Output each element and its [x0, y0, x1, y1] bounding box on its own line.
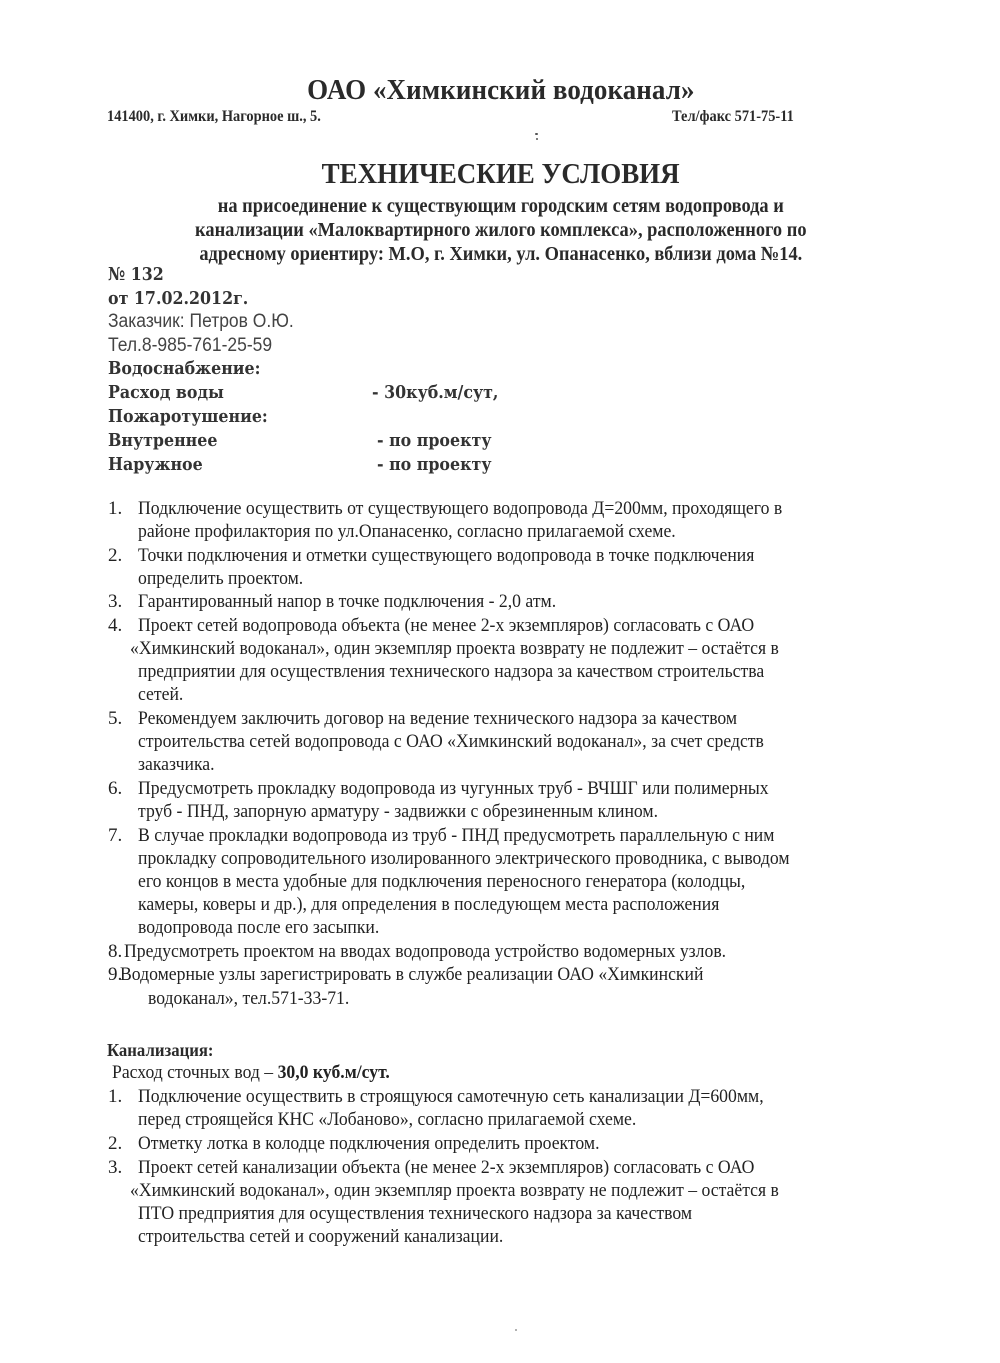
water-consumption-label: Расход воды: [108, 382, 224, 403]
water-consumption-value: - 30куб.м/сут,: [372, 382, 498, 403]
item-line: «Химкинский водоканал», один экземпляр п…: [130, 638, 779, 660]
scan-speck: [536, 138, 538, 140]
item-line: камеры, коверы и др.), для определения в…: [138, 894, 719, 916]
item-line: Предусмотреть проектом на вводах водопро…: [124, 941, 726, 963]
sewerage-heading: Канализация:: [107, 1040, 214, 1061]
internal-fire-label: Внутреннее: [108, 430, 217, 451]
item-line: прокладку сопроводительного изолированно…: [138, 848, 790, 870]
item-number: 1.: [108, 1086, 122, 1108]
document-number: № 132: [108, 264, 164, 285]
item-line: Точки подключения и отметки существующег…: [138, 545, 754, 567]
item-number: 5.: [108, 708, 122, 730]
item-line: ПТО предприятия для осуществления технич…: [138, 1203, 692, 1225]
item-line: водопровода после его засыпки.: [138, 917, 379, 939]
item-line: «Химкинский водоканал», один экземпляр п…: [130, 1180, 779, 1202]
item-line: перед строящейся КНС «Лобаново», согласн…: [138, 1109, 636, 1131]
external-fire-value: - по проекту: [377, 454, 491, 475]
item-line: Подключение осуществить от существующего…: [138, 498, 782, 520]
item-line: районе профилактория по ул.Опанасенко, с…: [138, 521, 676, 543]
item-line: предприятии для осуществления техническо…: [138, 661, 764, 683]
item-number: 3.: [108, 591, 122, 613]
external-fire-label: Наружное: [108, 454, 203, 475]
organization-phone: Тел/факс 571-75-11: [672, 108, 794, 126]
item-line: строительства сетей и сооружений канализ…: [138, 1226, 503, 1248]
item-line: сетей.: [138, 684, 183, 706]
water-supply-heading: Водоснабжение:: [108, 358, 260, 379]
scan-speck: [515, 1329, 517, 1331]
item-line: водоканал», тел.571-33-71.: [148, 988, 349, 1010]
item-line: строительства сетей водопровода с ОАО «Х…: [138, 731, 764, 753]
item-line: Проект сетей водопровода объекта (не мен…: [138, 615, 754, 637]
item-line: определить проектом.: [138, 568, 303, 590]
item-line: Подключение осуществить в строящуюся сам…: [138, 1086, 764, 1108]
item-number: 4.: [108, 615, 122, 637]
item-line: его концов в места удобные для подключен…: [138, 871, 745, 893]
item-number: 7.: [108, 825, 122, 847]
subtitle-line-2: канализации «Малоквартирного жилого комп…: [41, 219, 961, 242]
item-line: Водомерные узлы зарегистрировать в служб…: [120, 964, 703, 986]
item-number: 1.: [108, 498, 122, 520]
sewerage-flow-value: 30,0 куб.м/сут.: [278, 1062, 390, 1083]
item-number: 2.: [108, 1133, 122, 1155]
item-line: Рекомендуем заключить договор на ведение…: [138, 708, 737, 730]
item-line: Отметку лотка в колодце подключения опре…: [138, 1133, 599, 1155]
subtitle-line-3: адресному ориентиру: М.О, г. Химки, ул. …: [41, 243, 961, 266]
fire-fighting-heading: Пожаротушение:: [108, 406, 268, 427]
organization-address: 141400, г. Химки, Нагорное ш., 5.: [107, 108, 321, 126]
item-line: Проект сетей канализации объекта (не мен…: [138, 1157, 754, 1179]
sewerage-flow-label: Расход сточных вод –: [112, 1062, 278, 1083]
item-line: заказчика.: [138, 754, 215, 776]
item-number: 6.: [108, 778, 122, 800]
item-line: Предусмотреть прокладку водопровода из ч…: [138, 778, 769, 800]
document-page: ОАО «Химкинский водоканал» 141400, г. Хи…: [0, 0, 1000, 1363]
item-number: 3.: [108, 1157, 122, 1179]
sewerage-flow: Расход сточных вод – 30,0 куб.м/сут.: [112, 1062, 390, 1084]
internal-fire-value: - по проекту: [377, 430, 491, 451]
item-number: 2.: [108, 545, 122, 567]
customer-name: Заказчик: Петров О.Ю.: [108, 311, 294, 333]
scan-speck: [535, 133, 538, 135]
customer-phone: Тел.8-985-761-25-59: [108, 335, 272, 357]
item-line: В случае прокладки водопровода из труб -…: [138, 825, 774, 847]
organization-name: ОАО «Химкинский водоканал»: [36, 74, 966, 107]
item-number: 8.: [108, 941, 122, 963]
document-title: ТЕХНИЧЕСКИЕ УСЛОВИЯ: [36, 158, 966, 191]
item-line: труб - ПНД, запорную арматуру - задвижки…: [138, 801, 658, 823]
document-date: от 17.02.2012г.: [108, 288, 248, 309]
item-line: Гарантированный напор в точке подключени…: [138, 591, 556, 613]
subtitle-line-1: на присоединение к существующим городски…: [41, 195, 961, 218]
